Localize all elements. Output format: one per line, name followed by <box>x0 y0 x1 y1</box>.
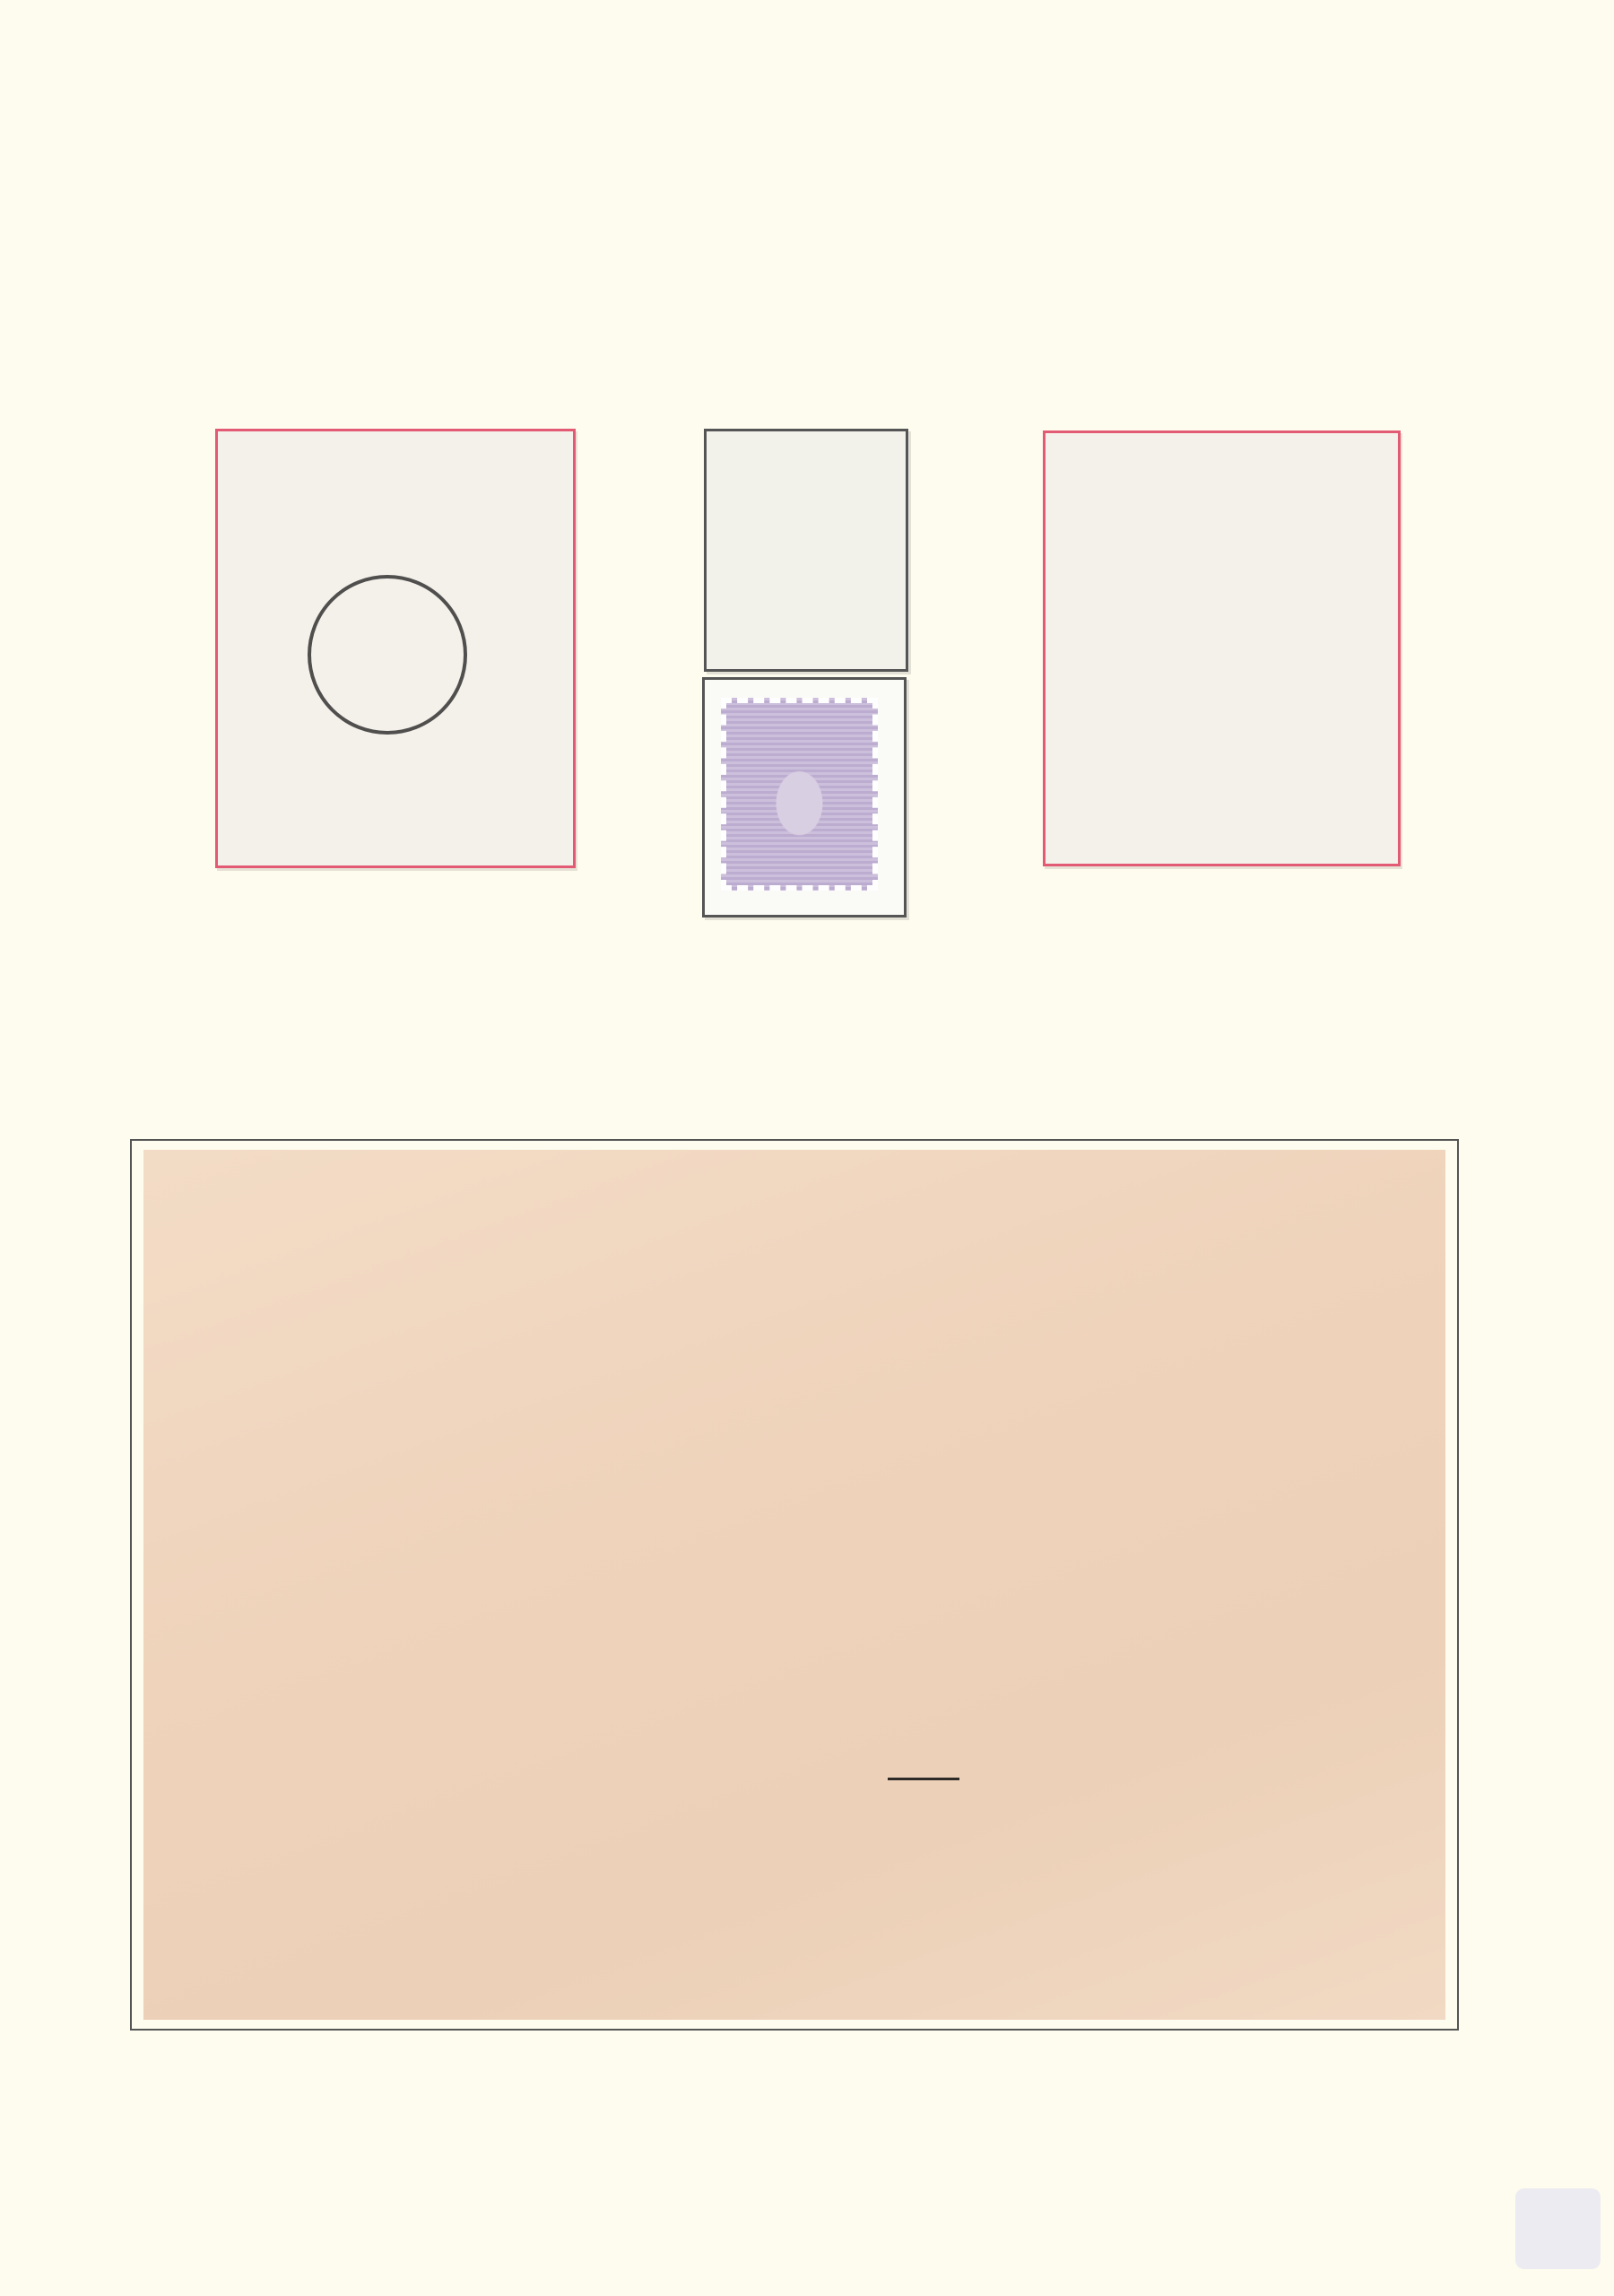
envelope-cover <box>143 1150 1445 2020</box>
single-stamp-front <box>707 431 906 669</box>
middle-back-mount <box>702 677 907 918</box>
address-city <box>888 1778 959 1780</box>
left-block-mount <box>215 429 576 868</box>
cover-stamps <box>143 1150 1445 2020</box>
right-block-mount <box>1043 430 1401 866</box>
page-number-badge <box>1515 2188 1601 2269</box>
block-of-four-unused <box>1046 433 1398 864</box>
black-circular-postmark <box>308 575 467 735</box>
offset-back-stamp <box>721 698 878 891</box>
middle-single-mount <box>704 429 908 672</box>
